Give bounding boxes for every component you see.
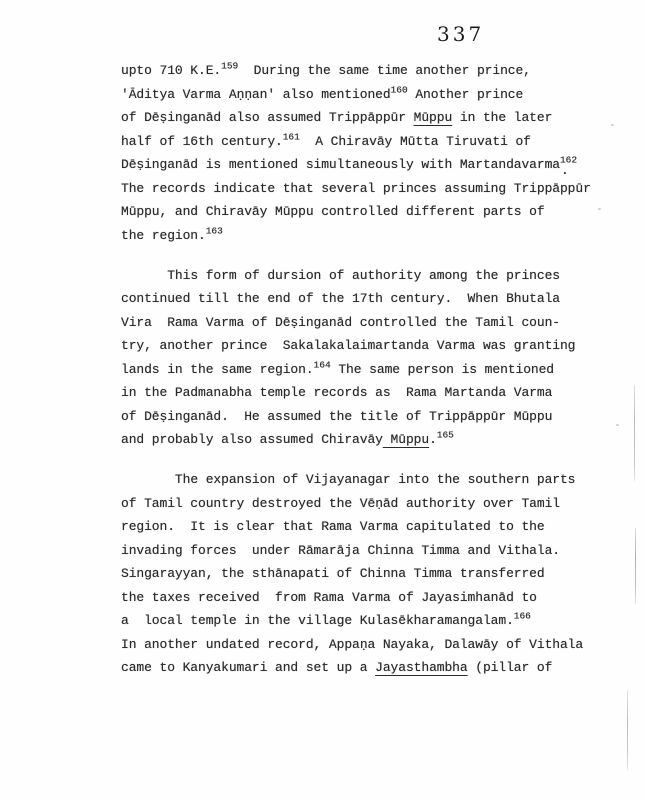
text-line: came to Kanyakumari and set up a Jayasth… <box>121 656 621 680</box>
text-segment: Another prince <box>408 87 524 102</box>
scan-artifact <box>627 690 628 770</box>
text-line: the region.163 <box>121 224 621 248</box>
text-line: half of 16th century.161 A Chiravāy Mūtt… <box>121 130 621 154</box>
text-segment: in the later <box>452 110 552 125</box>
text-line: The records indicate that several prince… <box>121 177 621 201</box>
footnote-ref: 166 <box>514 611 531 622</box>
text-segment: . <box>429 432 437 447</box>
text-block: upto 710 K.E.159 During the same time an… <box>121 59 621 680</box>
underlined-term: Jayasthambha <box>375 660 467 675</box>
text-segment: Singarayyan, the sthānapati of Chinna Ti… <box>121 566 545 581</box>
text-line: lands in the same region.164 The same pe… <box>121 358 621 382</box>
text-segment: 'Āditya Varma Aṇṇan' also mentioned <box>121 87 391 102</box>
text-segment: This form of dursion of authority among … <box>121 268 560 283</box>
text-line: a local temple in the village Kulasēkhar… <box>121 609 621 633</box>
text-segment: The records indicate that several prince… <box>121 181 591 196</box>
text-segment: region. It is clear that Rama Varma capi… <box>121 519 545 534</box>
text-segment: of Tamil country destroyed the Vēṇād aut… <box>121 496 560 511</box>
text-segment: The expansion of Vijayanagar into the so… <box>121 472 575 487</box>
paragraph: upto 710 K.E.159 During the same time an… <box>121 59 621 247</box>
text-line: in the Padmanabha temple records as Rama… <box>121 381 621 405</box>
text-segment: continued till the end of the 17th centu… <box>121 291 560 306</box>
scanned-document-page: 337 upto 710 K.E.159 During the same tim… <box>0 0 645 800</box>
text-segment: (pillar of <box>468 660 553 675</box>
text-line: of Dēṣinganād also assumed Trippāppūr Mū… <box>121 106 621 130</box>
footnote-ref: 159 <box>221 61 238 72</box>
underlined-term: Mūppu <box>414 110 453 125</box>
paragraph: The expansion of Vijayanagar into the so… <box>121 468 621 680</box>
text-line: In another undated record, Appaṇa Nayaka… <box>121 633 621 657</box>
text-line: Dēṣinganād is mentioned simultaneously w… <box>121 153 621 177</box>
scan-artifact <box>611 124 614 126</box>
text-line: Vira Rama Varma of Dēṣinganād controlled… <box>121 311 621 335</box>
text-segment: During the same time another prince, <box>238 63 531 78</box>
footnote-ref: 162. <box>560 157 577 172</box>
text-line: continued till the end of the 17th centu… <box>121 287 621 311</box>
text-line: the taxes received from Rama Varma of Ja… <box>121 586 621 610</box>
text-line: 'Āditya Varma Aṇṇan' also mentioned160 A… <box>121 83 621 107</box>
footnote-ref: 165 <box>437 430 454 441</box>
text-segment: Dēṣinganād is mentioned simultaneously w… <box>121 157 560 172</box>
text-segment: In another undated record, Appaṇa Nayaka… <box>121 637 583 652</box>
text-segment: of Dēṣinganād. He assumed the title of T… <box>121 409 552 424</box>
text-line: region. It is clear that Rama Varma capi… <box>121 515 621 539</box>
text-segment: try, another prince Sakalakalaimartanda … <box>121 338 575 353</box>
text-segment: half of 16th century. <box>121 134 283 149</box>
scan-artifact <box>634 385 635 481</box>
scan-artifact <box>616 424 619 426</box>
underlined-term: Mūppu <box>383 432 429 447</box>
page-number: 337 <box>437 22 484 46</box>
text-segment: invading forces under Rāmarāja Chinna Ti… <box>121 543 560 558</box>
text-line: and probably also assumed Chiravāy Mūppu… <box>121 428 621 452</box>
text-segment: in the Padmanabha temple records as Rama… <box>121 385 552 400</box>
text-segment: The same person is mentioned <box>331 362 554 377</box>
footnote-ref: 161 <box>283 131 300 142</box>
paragraph: This form of dursion of authority among … <box>121 264 621 452</box>
scan-artifact <box>635 528 636 604</box>
text-segment: upto 710 K.E. <box>121 63 221 78</box>
text-segment: of Dēṣinganād also assumed Trippāppūr <box>121 110 414 125</box>
text-line: This form of dursion of authority among … <box>121 264 621 288</box>
text-segment: came to Kanyakumari and set up a <box>121 660 375 675</box>
text-segment: lands in the same region. <box>121 362 314 377</box>
text-line: of Tamil country destroyed the Vēṇād aut… <box>121 492 621 516</box>
text-segment: the region. <box>121 228 206 243</box>
text-line: Singarayyan, the sthānapati of Chinna Ti… <box>121 562 621 586</box>
text-line: of Dēṣinganād. He assumed the title of T… <box>121 405 621 429</box>
text-line: Mūppu, and Chiravāy Mūppu controlled dif… <box>121 200 621 224</box>
overstruck-period: . <box>561 159 569 183</box>
footnote-ref: 164 <box>314 359 331 370</box>
scan-artifact <box>598 208 601 210</box>
text-segment: and probably also assumed Chiravāy <box>121 432 383 447</box>
text-line: The expansion of Vijayanagar into the so… <box>121 468 621 492</box>
text-segment: the taxes received from Rama Varma of Ja… <box>121 590 537 605</box>
text-segment: a local temple in the village Kulasēkhar… <box>121 613 514 628</box>
text-line: invading forces under Rāmarāja Chinna Ti… <box>121 539 621 563</box>
text-segment: Mūppu, and Chiravāy Mūppu controlled dif… <box>121 204 545 219</box>
text-segment: Vira Rama Varma of Dēṣinganād controlled… <box>121 315 560 330</box>
text-line: upto 710 K.E.159 During the same time an… <box>121 59 621 83</box>
footnote-ref: 160 <box>391 84 408 95</box>
text-line: try, another prince Sakalakalaimartanda … <box>121 334 621 358</box>
text-segment: A Chiravāy Mūtta Tiruvati of <box>300 134 531 149</box>
footnote-ref: 163 <box>206 225 223 236</box>
